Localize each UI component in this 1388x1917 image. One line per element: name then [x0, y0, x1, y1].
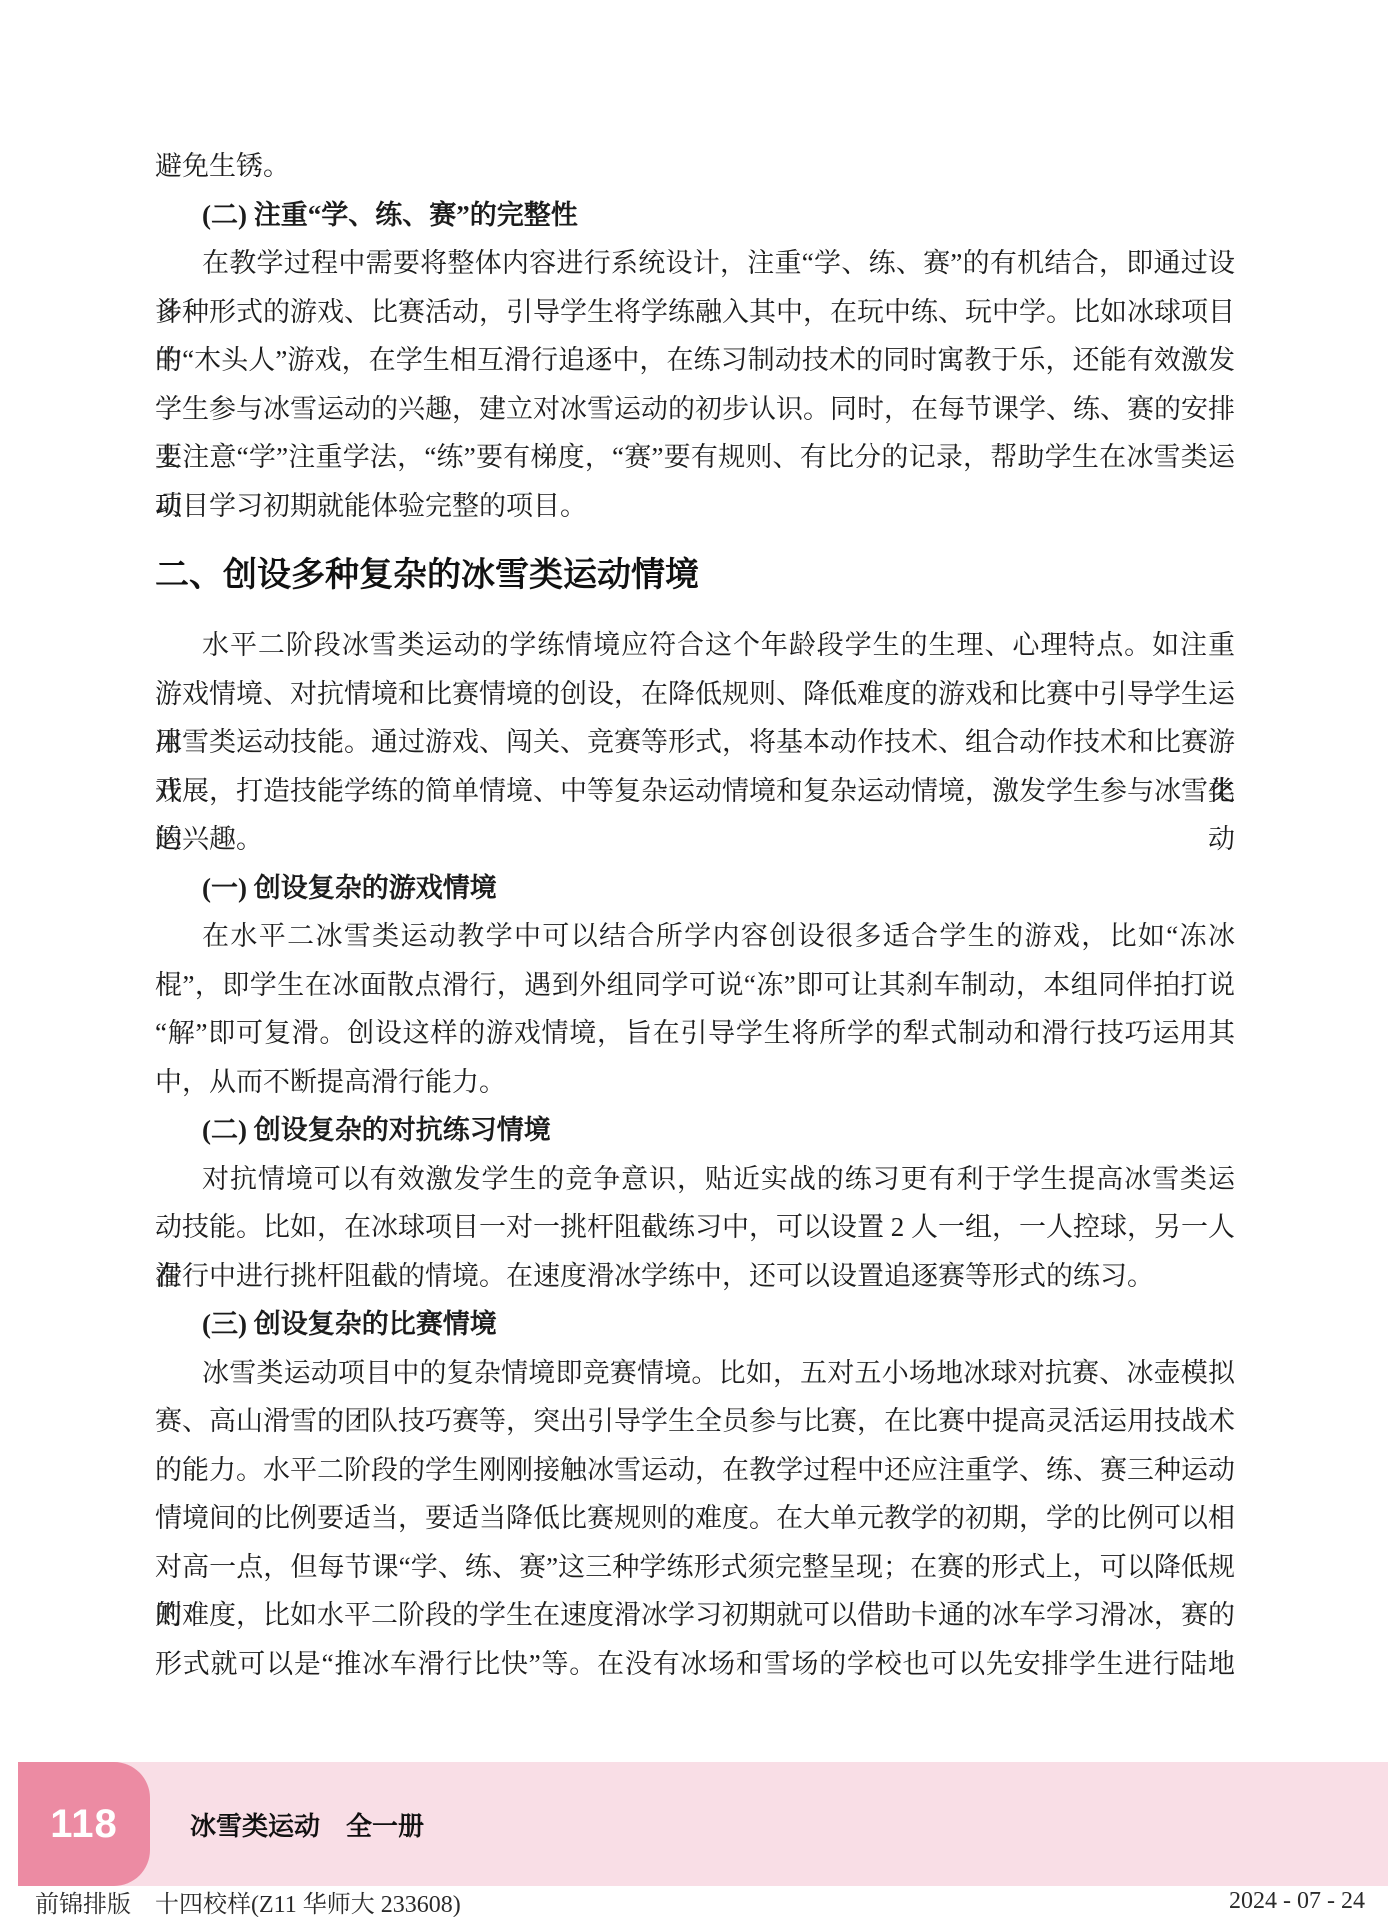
sub-heading: (二) 创设复杂的对抗练习情境 [155, 1106, 1235, 1155]
body-line: 避免生锈。 [155, 142, 1235, 191]
body-line: 棍”，即学生在冰面散点滑行，遇到外组同学可说“冻”即可让其刹车制动，本组同伴拍打… [155, 961, 1235, 1010]
body-line: “解”即可复滑。创设这样的游戏情境，旨在引导学生将所学的犁式制动和滑行技巧运用其 [155, 1009, 1235, 1058]
body-line: 项目学习初期就能体验完整的项目。 [155, 482, 1235, 531]
body-line: 游戏情境、对抗情境和比赛情境的创设，在降低规则、降低难度的游戏和比赛中引导学生运… [155, 670, 1235, 719]
body-line: 在教学过程中需要将整体内容进行系统设计，注重“学、练、赛”的有机结合，即通过设计 [155, 239, 1235, 288]
body-line: 动技能。比如，在冰球项目一对一挑杆阻截练习中，可以设置 2 人一组，一人控球，另… [155, 1203, 1235, 1252]
body-line: 多种形式的游戏、比赛活动，引导学生将学练融入其中，在玩中练、玩中学。比如冰球项目… [155, 288, 1235, 337]
body-line: 在水平二冰雪类运动教学中可以结合所学内容创设很多适合学生的游戏，比如“冻冰 [155, 912, 1235, 961]
body-line: 学生参与冰雪运动的兴趣，建立对冰雪运动的初步认识。同时，在每节课学、练、赛的安排… [155, 385, 1235, 434]
body-line: 冰雪类运动项目中的复杂情境即竞赛情境。比如，五对五小场地冰球对抗赛、冰壶模拟 [155, 1349, 1235, 1398]
body-line: 开展，打造技能学练的简单情境、中等复杂运动情境和复杂运动情境，激发学生参与冰雪类… [155, 767, 1235, 816]
proof-line: 前锦排版 十四校样(Z11 华师大 233608) 2024 - 07 - 24 [0, 1886, 1388, 1917]
page-number: 118 [50, 1802, 118, 1847]
proof-info: 前锦排版 十四校样(Z11 华师大 233608) [35, 1884, 461, 1917]
body-line: 水平二阶段冰雪类运动的学练情境应符合这个年龄段学生的生理、心理特点。如注重 [155, 621, 1235, 670]
body-line: 的“木头人”游戏，在学生相互滑行追逐中，在练习制动技术的同时寓教于乐，还能有效激… [155, 336, 1235, 385]
body-line: 对高一点，但每节课“学、练、赛”这三种学练形式须完整呈现；在赛的形式上，可以降低… [155, 1543, 1235, 1592]
body-line: 滑行中进行挑杆阻截的情境。在速度滑冰学练中，还可以设置追逐赛等形式的练习。 [155, 1252, 1235, 1301]
sub-heading: (一) 创设复杂的游戏情境 [155, 864, 1235, 913]
body-line: 的难度，比如水平二阶段的学生在速度滑冰学习初期就可以借助卡通的冰车学习滑冰，赛的 [155, 1591, 1235, 1640]
body-line: 中，从而不断提高滑行能力。 [155, 1058, 1235, 1107]
body-line: 赛、高山滑雪的团队技巧赛等，突出引导学生全员参与比赛，在比赛中提高灵活运用技战术 [155, 1397, 1235, 1446]
body-line: 的能力。水平二阶段的学生刚刚接触冰雪运动，在教学过程中还应注重学、练、赛三种运动 [155, 1446, 1235, 1495]
body-line: 要注意“学”注重学法，“练”要有梯度，“赛”要有规则、有比分的记录，帮助学生在冰… [155, 433, 1235, 482]
section-heading: 二、创设多种复杂的冰雪类运动情境 [155, 530, 1235, 621]
sub-heading: (二) 注重“学、练、赛”的完整性 [155, 191, 1235, 240]
body-line: 冰雪类运动技能。通过游戏、闯关、竞赛等形式，将基本动作技术、组合动作技术和比赛游… [155, 718, 1235, 767]
body-line: 形式就可以是“推冰车滑行比快”等。在没有冰场和雪场的学校也可以先安排学生进行陆地 [155, 1640, 1235, 1689]
proof-date: 2024 - 07 - 24 [1229, 1888, 1365, 1915]
page-number-badge: 118 [18, 1762, 150, 1886]
body-line: 对抗情境可以有效激发学生的竞争意识，贴近实战的练习更有利于学生提高冰雪类运 [155, 1155, 1235, 1204]
textbook-page: 避免生锈。(二) 注重“学、练、赛”的完整性在教学过程中需要将整体内容进行系统设… [0, 0, 1388, 1917]
book-title: 冰雪类运动 全一册 [190, 1762, 424, 1886]
body-text: 避免生锈。(二) 注重“学、练、赛”的完整性在教学过程中需要将整体内容进行系统设… [155, 142, 1235, 1688]
body-line: 情境间的比例要适当，要适当降低比赛规则的难度。在大单元教学的初期，学的比例可以相 [155, 1494, 1235, 1543]
sub-heading: (三) 创设复杂的比赛情境 [155, 1300, 1235, 1349]
